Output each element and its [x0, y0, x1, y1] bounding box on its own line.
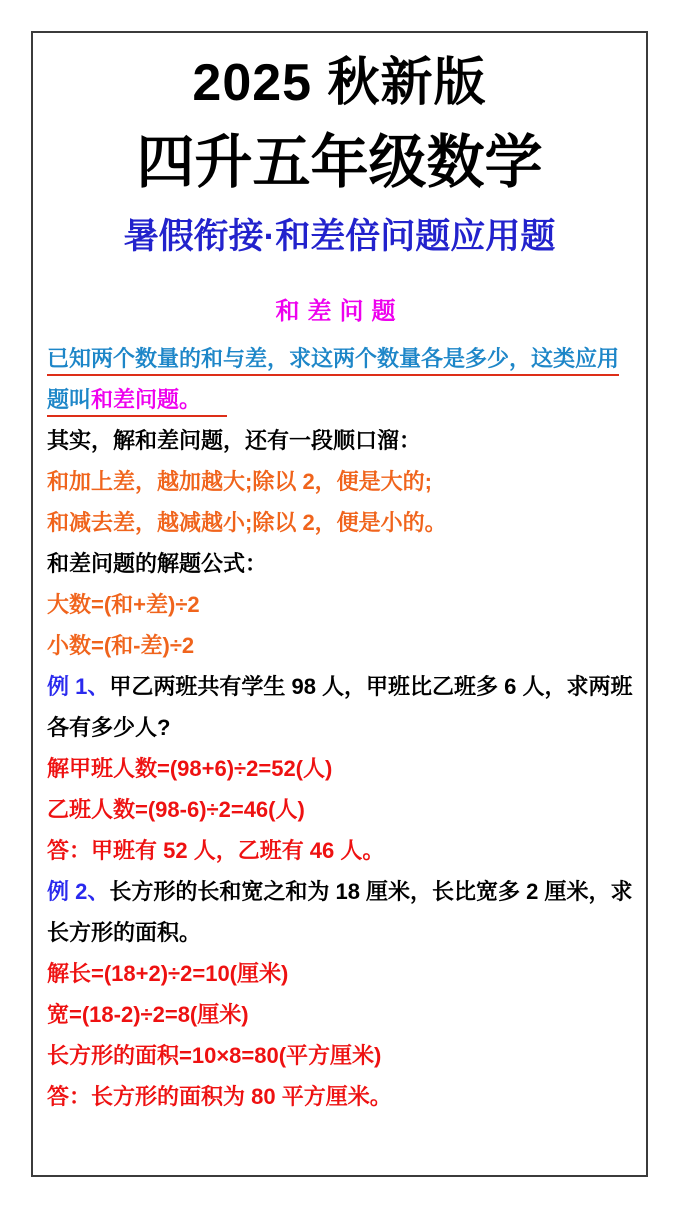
rhyme-line-2: 和减去差，越减越小;除以 2，便是小的。	[47, 502, 640, 543]
formula-big: 大数=(和+差)÷2	[47, 584, 640, 625]
formula-small: 小数=(和-差)÷2	[47, 625, 640, 666]
example2-solution-1: 解长=(18+2)÷2=10(厘米)	[47, 953, 640, 994]
example2-solution-3: 长方形的面积=10×8=80(平方厘米)	[47, 1035, 640, 1076]
example2-solution-2: 宽=(18-2)÷2=8(厘米)	[47, 994, 640, 1035]
example1-label: 例 1、	[47, 674, 109, 699]
page-border: 2025 秋新版 四升五年级数学 暑假衔接·和差倍问题应用题 和差问题 已知两个…	[31, 31, 648, 1177]
main-title-line1: 2025 秋新版	[33, 57, 646, 109]
intro-line-2-prefix: 题叫	[47, 387, 91, 412]
subtitle: 暑假衔接·和差倍问题应用题	[33, 219, 646, 254]
example1-question-line1-text: 甲乙两班共有学生 98 人，甲班比乙班多 6 人，求两班	[109, 674, 632, 699]
worksheet-body: 已知两个数量的和与差，求这两个数量各是多少，这类应用 题叫和差问题。 其实，解和…	[33, 338, 646, 1117]
example2-question-line2: 长方形的面积。	[47, 912, 640, 953]
example2-label: 例 2、	[47, 879, 109, 904]
example2-question-line1: 例 2、长方形的长和宽之和为 18 厘米，长比宽多 2 厘米，求	[47, 871, 640, 912]
main-title-line2: 四升五年级数学	[33, 134, 646, 192]
rhyme-line-1: 和加上差，越加越大;除以 2，便是大的;	[47, 461, 640, 502]
title-block: 2025 秋新版 四升五年级数学 暑假衔接·和差倍问题应用题	[33, 57, 646, 254]
intro-line-2-term: 和差问题。	[91, 387, 201, 412]
example1-question-line2: 各有多少人?	[47, 707, 640, 748]
intro-line-1: 已知两个数量的和与差，求这两个数量各是多少，这类应用	[47, 338, 640, 379]
intro-line-1-text: 已知两个数量的和与差，求这两个数量各是多少，这类应用	[47, 346, 619, 376]
section-heading: 和差问题	[33, 300, 646, 324]
example2-question-line1-text: 长方形的长和宽之和为 18 厘米，长比宽多 2 厘米，求	[109, 879, 632, 904]
rhyme-lead: 其实，解和差问题，还有一段顺口溜：	[47, 420, 640, 461]
example1-solution-1: 解甲班人数=(98+6)÷2=52(人)	[47, 748, 640, 789]
formula-lead: 和差问题的解题公式：	[47, 543, 640, 584]
example1-solution-2: 乙班人数=(98-6)÷2=46(人)	[47, 789, 640, 830]
example1-answer: 答：甲班有 52 人，乙班有 46 人。	[47, 830, 640, 871]
intro-line-2: 题叫和差问题。	[47, 379, 640, 420]
example2-answer: 答：长方形的面积为 80 平方厘米。	[47, 1076, 640, 1117]
example1-question-line1: 例 1、甲乙两班共有学生 98 人，甲班比乙班多 6 人，求两班	[47, 666, 640, 707]
